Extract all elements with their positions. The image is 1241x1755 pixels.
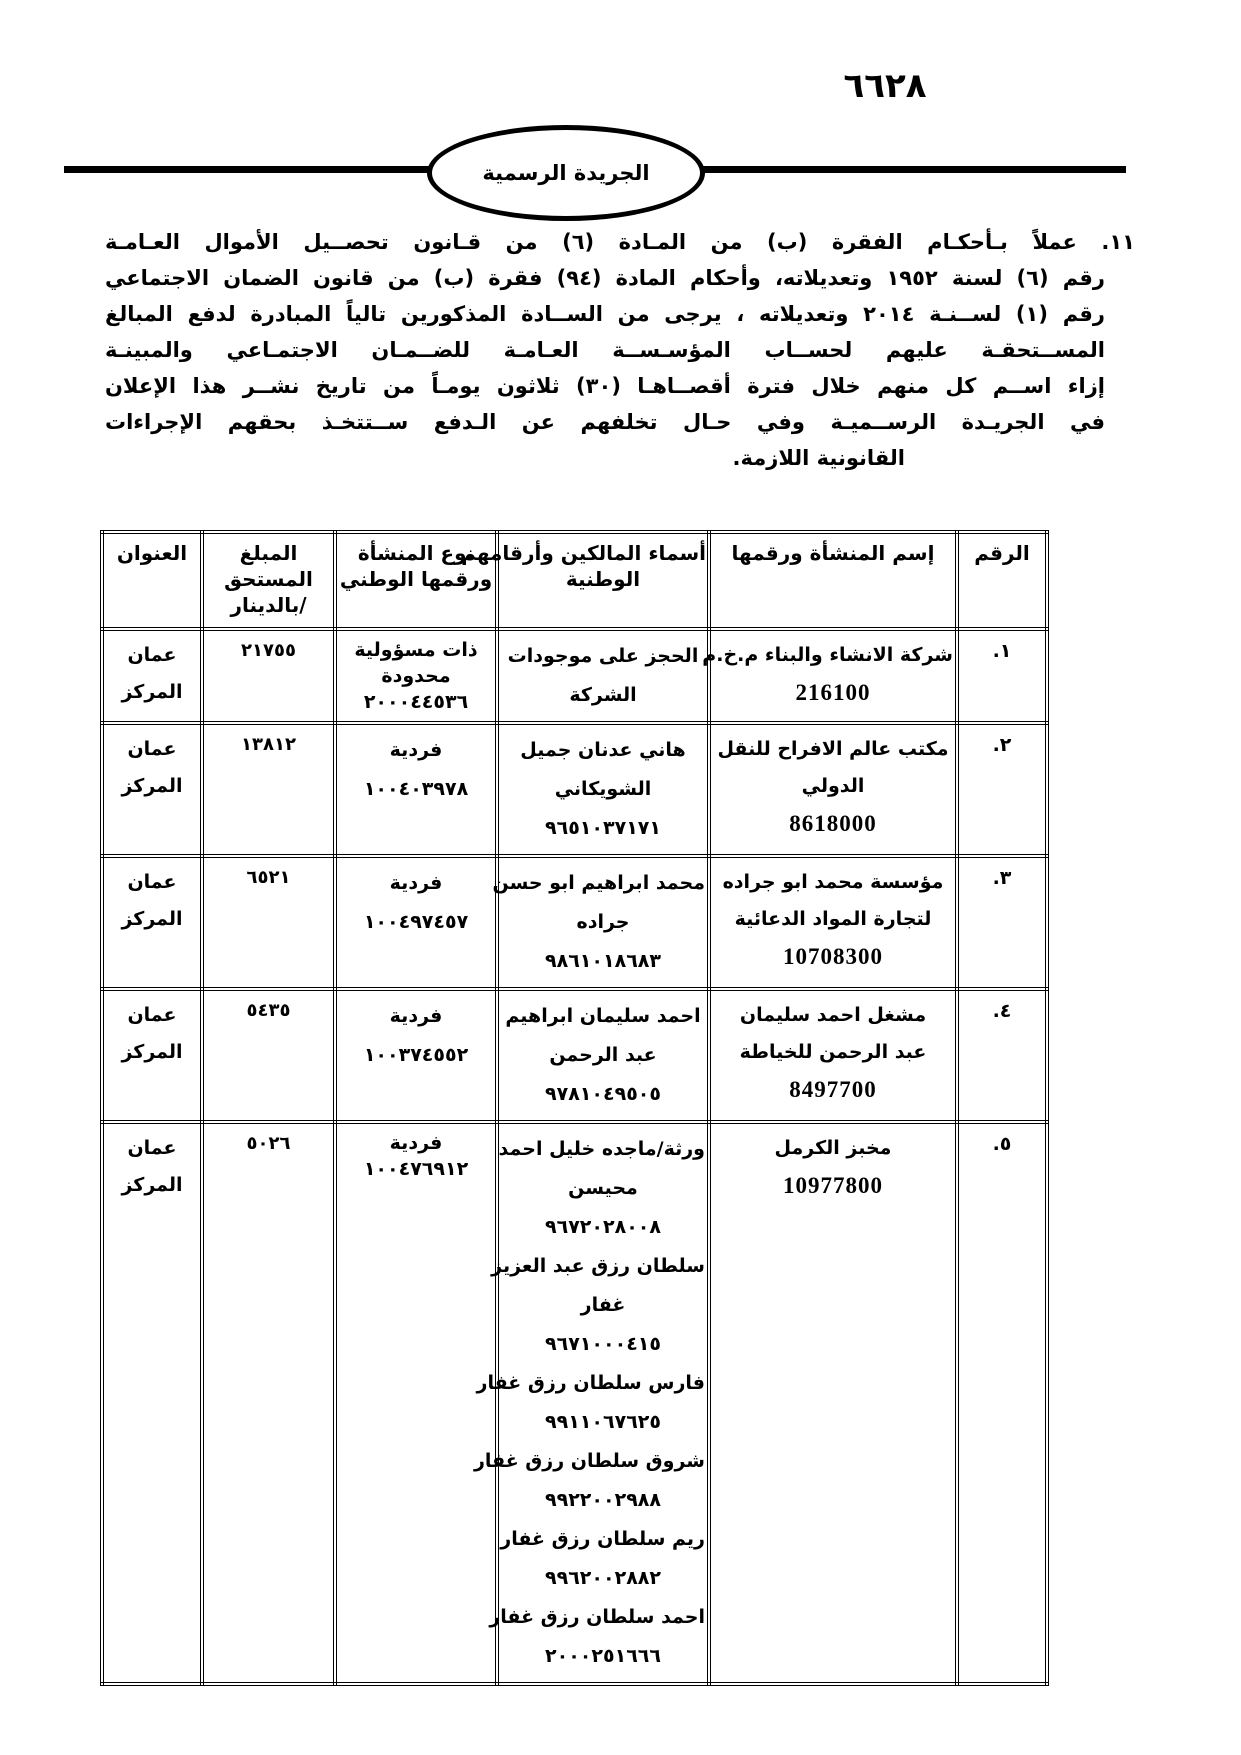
cell-line: ٩٦٥١٠٣٧١٧١ bbox=[501, 809, 705, 848]
col-header-type: نوع المنشأةورقمها الوطني bbox=[335, 532, 497, 629]
col-header-amount: المبلغالمستحق/بالدينار bbox=[202, 532, 335, 629]
cell-line: عمان bbox=[106, 864, 198, 901]
cell-line: عمان bbox=[106, 637, 198, 674]
cell-name: شركة الانشاء والبناء م.خ.م216100 bbox=[709, 629, 957, 723]
notice-line: ١١. عملاً بـأحكـام الفقرة (ب) من المـادة… bbox=[105, 224, 1135, 260]
cell-line: ١. bbox=[961, 637, 1043, 665]
col-header-name: إسم المنشأة ورقمها bbox=[709, 532, 957, 629]
table-row: ٣.مؤسسة محمد ابو جرادهلتجارة المواد الدع… bbox=[102, 856, 1047, 989]
header-line: العنوان bbox=[105, 540, 199, 566]
gazette-banner-title: الجريدة الرسمية bbox=[482, 161, 649, 185]
cell-line: عبد الرحمن bbox=[501, 1036, 705, 1075]
table-row: ٥.مخبز الكرمل10977800ورثة/ماجده خليل احم… bbox=[102, 1122, 1047, 1684]
header-line: المستحق bbox=[205, 566, 332, 592]
col-header-owners: أسماء المالكين وأرقامهمالوطنية bbox=[497, 532, 709, 629]
cell-line: ١٠٠٤٧٦٩١٢ bbox=[339, 1156, 493, 1182]
cell-line: فردية bbox=[339, 1130, 493, 1156]
cell-line: ٤. bbox=[961, 997, 1043, 1025]
cell-type: فردية١٠٠٤٧٦٩١٢ bbox=[335, 1122, 497, 1684]
notice-paragraph: ١١. عملاً بـأحكـام الفقرة (ب) من المـادة… bbox=[105, 224, 1135, 476]
cell-owners: الحجز على موجوداتالشركة bbox=[497, 629, 709, 723]
table-row: ٤.مشغل احمد سليمانعبد الرحمن للخياطة8497… bbox=[102, 989, 1047, 1122]
cell-line: مكتب عالم الافراح للنقل bbox=[713, 731, 953, 768]
cell-line: 10708300 bbox=[713, 938, 953, 975]
cell-line: ٢. bbox=[961, 731, 1043, 759]
header-line: إسم المنشأة ورقمها bbox=[712, 540, 954, 566]
debtors-table-header: الرقمإسم المنشأة ورقمهاأسماء المالكين وأ… bbox=[102, 532, 1047, 629]
cell-line: ٩٧٨١٠٤٩٥٠٥ bbox=[501, 1075, 705, 1114]
cell-line: ٥٠٢٦ bbox=[206, 1130, 331, 1158]
cell-line: جراده bbox=[501, 903, 705, 942]
col-header-address: العنوان bbox=[102, 532, 202, 629]
cell-line: فردية bbox=[339, 731, 493, 770]
cell-address: عمانالمركز bbox=[102, 1122, 202, 1684]
cell-line: 216100 bbox=[713, 674, 953, 711]
cell-owners: محمد ابراهيم ابو حسنجراده٩٨٦١٠١٨٦٨٣ bbox=[497, 856, 709, 989]
notice-line: في الجريـدة الرســميـة وفي حـال تخلفهم ع… bbox=[105, 404, 1135, 440]
cell-line: ١٠٠٤٩٧٤٥٧ bbox=[339, 903, 493, 942]
cell-line: ريم سلطان رزق غفار bbox=[501, 1520, 705, 1559]
cell-name: مشغل احمد سليمانعبد الرحمن للخياطة849770… bbox=[709, 989, 957, 1122]
header-line: ورقمها الوطني bbox=[338, 566, 494, 592]
cell-line: 8497700 bbox=[713, 1071, 953, 1108]
cell-line: فارس سلطان رزق غفار bbox=[501, 1364, 705, 1403]
cell-line: ٩٩٦٢٠٠٢٨٨٢ bbox=[501, 1559, 705, 1598]
cell-line: عبد الرحمن للخياطة bbox=[713, 1034, 953, 1071]
cell-line: فردية bbox=[339, 864, 493, 903]
cell-line: احمد سليمان ابراهيم bbox=[501, 997, 705, 1036]
cell-line: ٢٠٠٠٤٤٥٣٦ bbox=[339, 689, 493, 715]
header-line: الرقم bbox=[960, 540, 1044, 566]
cell-line: الدولي bbox=[713, 768, 953, 805]
debtors-table: الرقمإسم المنشأة ورقمهاأسماء المالكين وأ… bbox=[100, 530, 1049, 1686]
cell-line: ٣. bbox=[961, 864, 1043, 892]
header-line: /بالدينار bbox=[205, 592, 332, 618]
cell-amount: ٥٠٢٦ bbox=[202, 1122, 335, 1684]
cell-line: الحجز على موجودات bbox=[501, 637, 705, 676]
cell-line: عمان bbox=[106, 731, 198, 768]
cell-name: مكتب عالم الافراح للنقلالدولي8618000 bbox=[709, 723, 957, 856]
cell-line: الشركة bbox=[501, 676, 705, 715]
cell-line: مؤسسة محمد ابو جراده bbox=[713, 864, 953, 901]
cell-num: ٢. bbox=[957, 723, 1047, 856]
cell-address: عمانالمركز bbox=[102, 856, 202, 989]
cell-type: فردية١٠٠٣٧٤٥٥٢ bbox=[335, 989, 497, 1122]
cell-line: مخبز الكرمل bbox=[713, 1130, 953, 1167]
cell-line: ٩٦٧٢٠٢٨٠٠٨ bbox=[501, 1208, 705, 1247]
notice-line: رقم (٦) لسنة ١٩٥٢ وتعديلاته، وأحكام الما… bbox=[105, 260, 1135, 296]
cell-line: ١٠٠٤٠٣٩٧٨ bbox=[339, 770, 493, 809]
cell-line: ذات مسؤولية bbox=[339, 637, 493, 663]
cell-line: 8618000 bbox=[713, 805, 953, 842]
cell-line: 10977800 bbox=[713, 1167, 953, 1204]
gazette-banner-oval: الجريدة الرسمية bbox=[427, 125, 705, 221]
cell-num: ٥. bbox=[957, 1122, 1047, 1684]
gazette-page: ٦٦٢٨ الجريدة الرسمية ١١. عملاً بـأحكـام … bbox=[0, 0, 1241, 1755]
cell-line: شروق سلطان رزق غفار bbox=[501, 1442, 705, 1481]
table-row: ٢.مكتب عالم الافراح للنقلالدولي8618000ها… bbox=[102, 723, 1047, 856]
cell-line: محيسن bbox=[501, 1169, 705, 1208]
cell-type: فردية١٠٠٤٠٣٩٧٨ bbox=[335, 723, 497, 856]
cell-line: فردية bbox=[339, 997, 493, 1036]
header-line: نوع المنشأة bbox=[338, 540, 494, 566]
cell-line: عمان bbox=[106, 1130, 198, 1167]
cell-line: محمد ابراهيم ابو حسن bbox=[501, 864, 705, 903]
cell-line: لتجارة المواد الدعائية bbox=[713, 901, 953, 938]
cell-num: ٤. bbox=[957, 989, 1047, 1122]
header-line: أسماء المالكين وأرقامهم bbox=[500, 540, 706, 566]
header-row: الرقمإسم المنشأة ورقمهاأسماء المالكين وأ… bbox=[102, 532, 1047, 629]
cell-line: احمد سلطان رزق غفار bbox=[501, 1598, 705, 1637]
table-row: ١.شركة الانشاء والبناء م.خ.م216100الحجز … bbox=[102, 629, 1047, 723]
notice-line: القانونية اللازمة. bbox=[105, 440, 1135, 476]
cell-type: ذات مسؤوليةمحدودة٢٠٠٠٤٤٥٣٦ bbox=[335, 629, 497, 723]
notice-line: رقم (١) لســنـة ٢٠١٤ وتعديلاته ، يرجى من… bbox=[105, 296, 1135, 332]
notice-line: إزاء اســم كل منهم خلال فترة أقصــاهـا (… bbox=[105, 368, 1135, 404]
cell-line: ٢٠٠٠٢٥١٦٦٦ bbox=[501, 1637, 705, 1676]
cell-owners: ورثة/ماجده خليل احمدمحيسن٩٦٧٢٠٢٨٠٠٨سلطان… bbox=[497, 1122, 709, 1684]
col-header-num: الرقم bbox=[957, 532, 1047, 629]
cell-line: ٢١٧٥٥ bbox=[206, 637, 331, 665]
cell-line: المركز bbox=[106, 901, 198, 938]
cell-line: مشغل احمد سليمان bbox=[713, 997, 953, 1034]
cell-line: ورثة/ماجده خليل احمد bbox=[501, 1130, 705, 1169]
cell-name: مؤسسة محمد ابو جرادهلتجارة المواد الدعائ… bbox=[709, 856, 957, 989]
cell-line: ٦٥٢١ bbox=[206, 864, 331, 892]
cell-owners: هاني عدنان جميلالشويكاني٩٦٥١٠٣٧١٧١ bbox=[497, 723, 709, 856]
cell-line: محدودة bbox=[339, 663, 493, 689]
cell-line: سلطان رزق عبد العزيز bbox=[501, 1247, 705, 1286]
cell-num: ٣. bbox=[957, 856, 1047, 989]
header-line: الوطنية bbox=[500, 566, 706, 592]
cell-line: ١٠٠٣٧٤٥٥٢ bbox=[339, 1036, 493, 1075]
cell-amount: ٢١٧٥٥ bbox=[202, 629, 335, 723]
cell-line: عمان bbox=[106, 997, 198, 1034]
cell-line: الشويكاني bbox=[501, 770, 705, 809]
cell-line: ٩٩٢٢٠٠٢٩٨٨ bbox=[501, 1481, 705, 1520]
cell-line: المركز bbox=[106, 674, 198, 711]
cell-address: عمانالمركز bbox=[102, 723, 202, 856]
cell-line: هاني عدنان جميل bbox=[501, 731, 705, 770]
cell-line: غفار bbox=[501, 1286, 705, 1325]
cell-line: المركز bbox=[106, 1034, 198, 1071]
debtors-table-body: ١.شركة الانشاء والبناء م.خ.م216100الحجز … bbox=[102, 629, 1047, 1684]
cell-num: ١. bbox=[957, 629, 1047, 723]
cell-line: ٩٦٧١٠٠٠٤١٥ bbox=[501, 1325, 705, 1364]
cell-line: المركز bbox=[106, 1167, 198, 1204]
cell-address: عمانالمركز bbox=[102, 629, 202, 723]
cell-line: ٥٤٣٥ bbox=[206, 997, 331, 1025]
notice-line: المســتحقـة عليهم لحســاب المؤسـســة الع… bbox=[105, 332, 1135, 368]
cell-line: ٩٨٦١٠١٨٦٨٣ bbox=[501, 942, 705, 981]
page-number: ٦٦٢٨ bbox=[820, 66, 950, 106]
cell-line: ٥. bbox=[961, 1130, 1043, 1158]
cell-line: ٩٩١١٠٦٧٦٢٥ bbox=[501, 1403, 705, 1442]
header-line: المبلغ bbox=[205, 540, 332, 566]
cell-amount: ١٣٨١٢ bbox=[202, 723, 335, 856]
cell-amount: ٥٤٣٥ bbox=[202, 989, 335, 1122]
cell-owners: احمد سليمان ابراهيمعبد الرحمن٩٧٨١٠٤٩٥٠٥ bbox=[497, 989, 709, 1122]
cell-address: عمانالمركز bbox=[102, 989, 202, 1122]
cell-line: المركز bbox=[106, 768, 198, 805]
cell-line: ١٣٨١٢ bbox=[206, 731, 331, 759]
cell-line: شركة الانشاء والبناء م.خ.م bbox=[713, 637, 953, 674]
cell-type: فردية١٠٠٤٩٧٤٥٧ bbox=[335, 856, 497, 989]
cell-name: مخبز الكرمل10977800 bbox=[709, 1122, 957, 1684]
cell-amount: ٦٥٢١ bbox=[202, 856, 335, 989]
